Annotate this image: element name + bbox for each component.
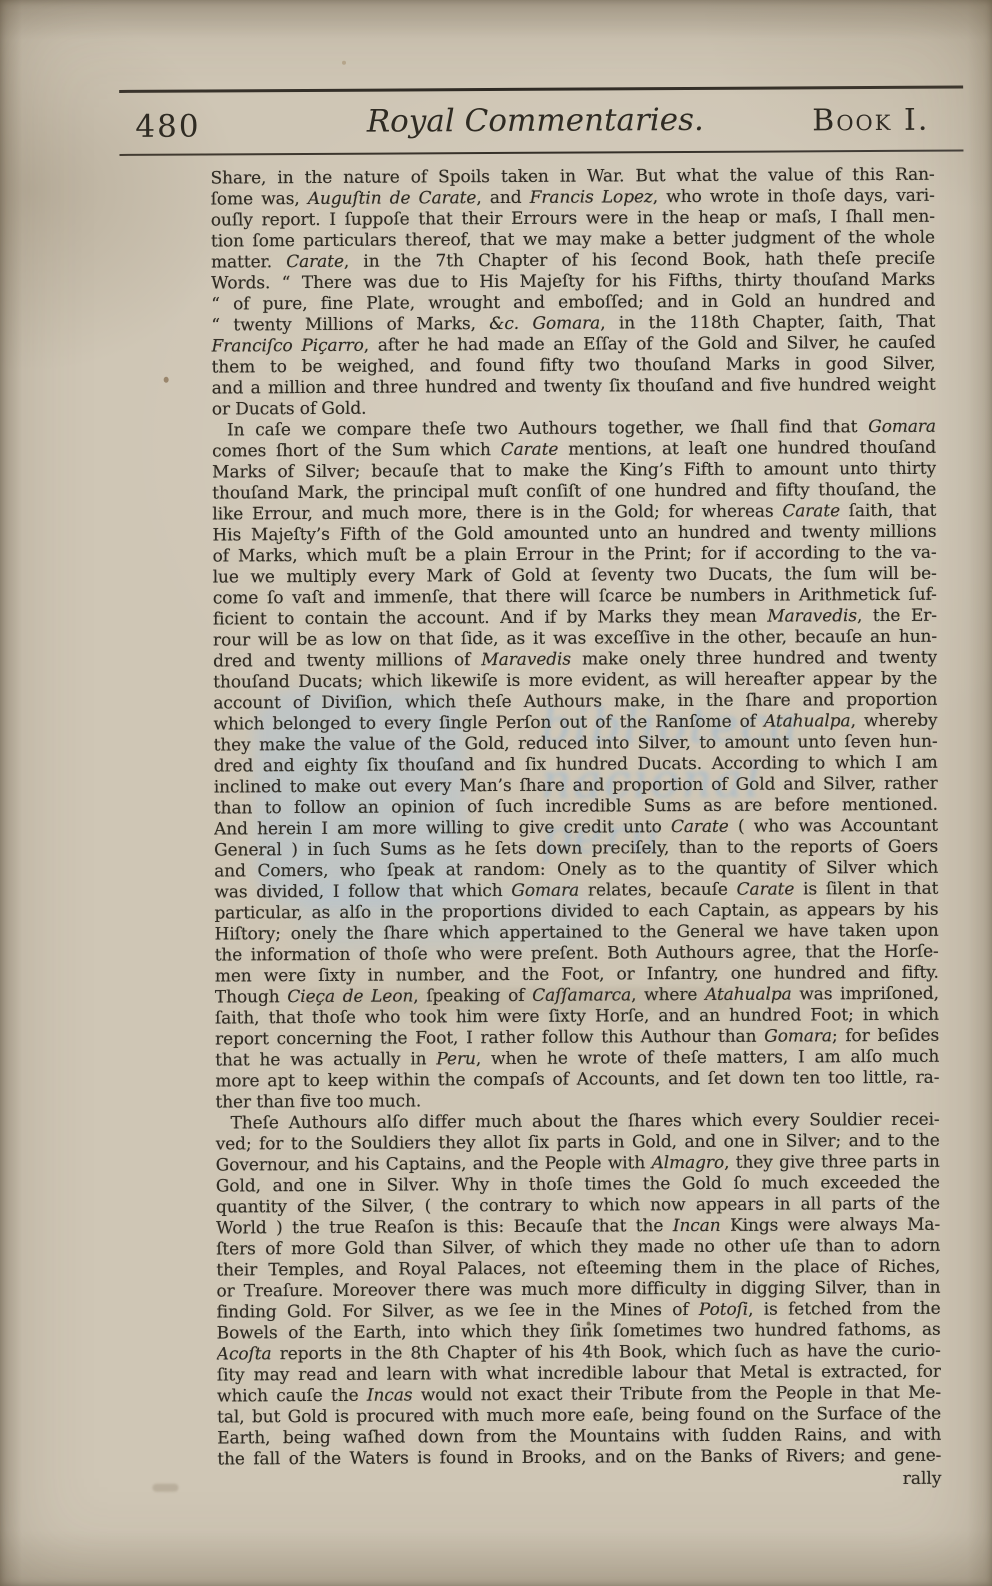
catchword: rally <box>217 1469 941 1494</box>
text-line: and a million and three hundred and twen… <box>212 375 936 400</box>
ink-speck <box>904 518 907 521</box>
header-rule-bottom <box>119 150 963 156</box>
page-number: 480 <box>135 109 200 145</box>
ink-speck <box>587 1322 591 1326</box>
book-label: Book I. <box>812 103 929 139</box>
running-title: Royal Commentaries. <box>367 102 704 140</box>
book-page: biblioteca nacional peru 480 Royal Comme… <box>0 0 992 1586</box>
page-text: Share, in the nature of Spoils taken in … <box>211 165 942 1471</box>
ink-speck <box>152 1484 178 1492</box>
paragraph: In caſe we compare theſe two Authours to… <box>212 417 940 1114</box>
header-rule-top <box>119 86 963 93</box>
page-header: 480 Royal Commentaries. Book I. <box>135 101 935 151</box>
ink-speck <box>164 377 169 383</box>
text-line: more apt to keep within the compaſs of A… <box>215 1068 939 1093</box>
text-line: the fall of the Waters is found in Brook… <box>217 1446 941 1471</box>
paragraph: Theſe Authours alſo differ much about th… <box>216 1110 942 1471</box>
paragraph: Share, in the nature of Spoils taken in … <box>211 165 936 421</box>
ink-speck <box>342 61 346 65</box>
